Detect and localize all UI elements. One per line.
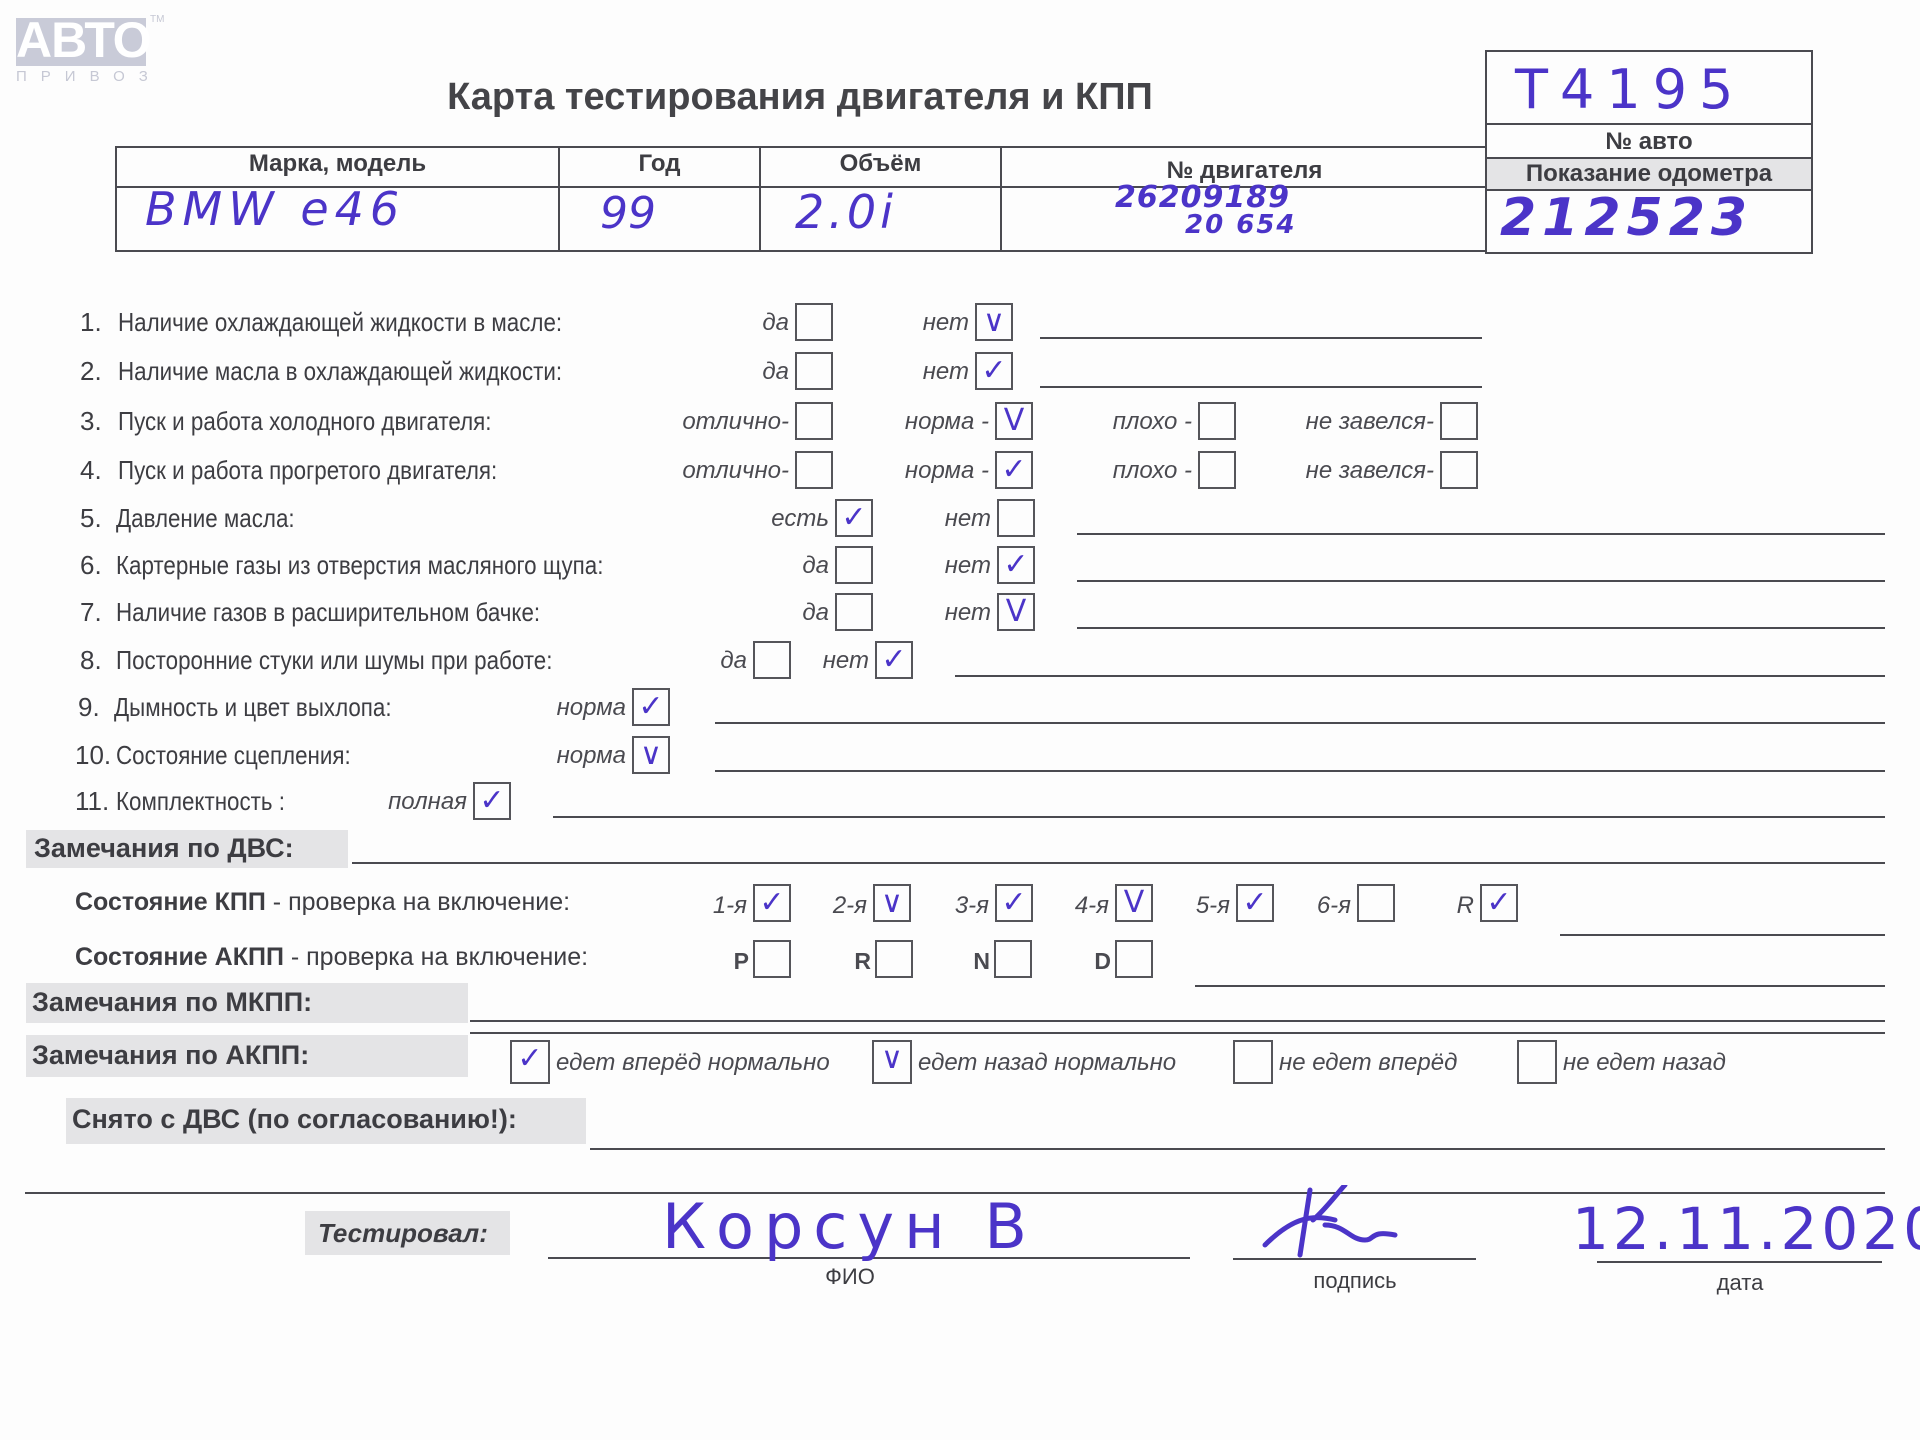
- position-checkbox[interactable]: [875, 940, 913, 978]
- page-title: Карта тестирования двигателя и КПП: [420, 76, 1180, 119]
- gear-label: 2-я: [833, 892, 867, 920]
- auto-gearbox-label: Состояние АКПП - проверка на включение:: [75, 943, 588, 972]
- question-label: Наличие охлаждающей жидкости в масле:: [118, 307, 562, 338]
- checkmark-icon: ∨: [875, 886, 909, 920]
- checkmark-icon: ✓: [634, 690, 668, 724]
- question-number: 9.: [78, 692, 100, 723]
- checkmark-icon: V: [997, 404, 1031, 438]
- tested-by-label: Тестировал:: [318, 1218, 488, 1249]
- odometer-label: Показание одометра: [1487, 160, 1811, 188]
- option-label: да: [802, 552, 829, 580]
- option-checkbox[interactable]: [795, 352, 833, 390]
- option-checkbox[interactable]: [795, 402, 833, 440]
- option-checkbox[interactable]: V: [995, 402, 1033, 440]
- checkmark-icon: ∨: [874, 1042, 910, 1082]
- option-checkbox[interactable]: [1440, 402, 1478, 440]
- odometer-value[interactable]: 212523: [1500, 188, 1753, 248]
- option-checkbox[interactable]: V: [997, 593, 1035, 631]
- engine-remarks-line[interactable]: [352, 862, 1885, 864]
- manual-gearbox-line[interactable]: [1560, 934, 1885, 936]
- option-checkbox[interactable]: ∨: [975, 303, 1013, 341]
- option-label: норма: [557, 742, 626, 770]
- checkmark-icon: ✓: [475, 784, 509, 818]
- name-value[interactable]: Корсун В: [662, 1190, 1037, 1263]
- auto-gearbox-line[interactable]: [1195, 985, 1885, 987]
- car-number-label: № авто: [1487, 128, 1811, 156]
- question-label: Комплектность :: [116, 786, 285, 817]
- volume-value[interactable]: 2.0i: [795, 185, 897, 239]
- checkmark-icon: ✓: [999, 548, 1033, 582]
- checkmark-icon: ✓: [977, 354, 1011, 388]
- gear-label: R: [1457, 892, 1474, 920]
- question-number: 6.: [80, 550, 102, 581]
- gear-checkbox[interactable]: ✓: [995, 884, 1033, 922]
- option-checkbox[interactable]: ✓: [632, 688, 670, 726]
- question-number: 8.: [80, 645, 102, 676]
- checkmark-icon: ✓: [837, 501, 871, 535]
- notes-line[interactable]: [715, 722, 1885, 724]
- position-label: P: [734, 948, 749, 975]
- option-label: не завелся-: [1306, 457, 1434, 485]
- option-checkbox[interactable]: ✓: [875, 641, 913, 679]
- akpp-checkbox[interactable]: [1233, 1040, 1273, 1084]
- checkmark-icon: V: [1117, 886, 1151, 920]
- option-label: плохо -: [1113, 457, 1192, 485]
- akpp-option-label: едет назад нормально: [918, 1049, 1176, 1077]
- column-header-year: Год: [560, 150, 759, 178]
- gear-label: 1-я: [713, 892, 747, 920]
- column-header-make-model: Марка, модель: [117, 150, 558, 178]
- akpp-checkbox[interactable]: ✓: [510, 1040, 550, 1084]
- option-label: нет: [923, 309, 969, 337]
- gear-label: 4-я: [1075, 892, 1109, 920]
- checkmark-icon: ✓: [877, 643, 911, 677]
- option-label: норма -: [905, 457, 989, 485]
- question-label: Посторонние стуки или шумы при работе:: [116, 645, 552, 676]
- option-label: отлично-: [682, 408, 789, 436]
- year-value[interactable]: 99: [600, 188, 656, 239]
- question-number: 5.: [80, 503, 102, 534]
- option-checkbox[interactable]: ✓: [997, 546, 1035, 584]
- option-label: да: [802, 599, 829, 627]
- gear-label: 6-я: [1317, 892, 1351, 920]
- question-label: Наличие газов в расширительном бачке:: [116, 597, 540, 628]
- option-checkbox[interactable]: [1198, 402, 1236, 440]
- position-label: N: [973, 948, 990, 975]
- gear-label: 5-я: [1196, 892, 1230, 920]
- removed-line[interactable]: [590, 1148, 1885, 1150]
- akpp-checkbox[interactable]: [1517, 1040, 1557, 1084]
- checkmark-icon: ✓: [997, 453, 1031, 487]
- option-checkbox[interactable]: [753, 641, 791, 679]
- removed-label: Снято с ДВС (по согласованию!):: [72, 1104, 517, 1135]
- option-label: полная: [388, 788, 467, 816]
- option-checkbox[interactable]: [1440, 451, 1478, 489]
- auto-gearbox-label-rest: - проверка на включение:: [284, 943, 588, 971]
- auto-gearbox-label-bold: Состояние АКПП: [75, 943, 284, 971]
- name-caption: ФИО: [800, 1264, 900, 1290]
- notes-line[interactable]: [1077, 580, 1885, 582]
- position-label: R: [854, 948, 871, 975]
- auto-remarks-label: Замечания по АКПП:: [32, 1040, 309, 1071]
- akpp-option-label: не едет вперёд: [1279, 1049, 1457, 1077]
- question-number: 10.: [75, 740, 111, 771]
- engine-number-line2[interactable]: 20 654: [1185, 210, 1297, 240]
- date-value[interactable]: 12.11.2020: [1572, 1195, 1920, 1263]
- question-label: Пуск и работа холодного двигателя:: [118, 406, 491, 437]
- manual-gearbox-label-rest: - проверка на включение:: [266, 888, 570, 916]
- question-label: Давление масла:: [116, 503, 295, 534]
- option-label: нет: [923, 358, 969, 386]
- date-caption: дата: [1690, 1270, 1790, 1296]
- option-checkbox[interactable]: ✓: [835, 499, 873, 537]
- option-checkbox[interactable]: ∨: [632, 736, 670, 774]
- signature-caption: подпись: [1255, 1268, 1455, 1294]
- checkmark-icon: V: [999, 595, 1033, 629]
- engine-remarks-label: Замечания по ДВС:: [34, 833, 294, 864]
- option-checkbox[interactable]: ✓: [473, 782, 511, 820]
- notes-line[interactable]: [1040, 386, 1482, 388]
- notes-line[interactable]: [553, 816, 1885, 818]
- notes-line[interactable]: [1040, 337, 1482, 339]
- question-number: 3.: [80, 406, 102, 437]
- column-header-volume: Объём: [761, 150, 1000, 178]
- option-checkbox[interactable]: ✓: [995, 451, 1033, 489]
- option-label: нет: [945, 599, 991, 627]
- question-number: 2.: [80, 356, 102, 387]
- notes-line[interactable]: [955, 675, 1885, 677]
- question-number: 7.: [80, 597, 102, 628]
- option-label: нет: [945, 552, 991, 580]
- notes-line[interactable]: [715, 770, 1885, 772]
- logo-trademark: TM: [150, 14, 164, 25]
- notes-line[interactable]: [1077, 627, 1885, 629]
- option-checkbox[interactable]: [795, 303, 833, 341]
- option-checkbox[interactable]: [835, 546, 873, 584]
- gear-checkbox[interactable]: ✓: [1236, 884, 1274, 922]
- checkmark-icon: ∨: [634, 738, 668, 772]
- gear-checkbox[interactable]: [1357, 884, 1395, 922]
- manual-gearbox-label-bold: Состояние КПП: [75, 888, 266, 916]
- logo: АВТО: [16, 14, 146, 66]
- gear-checkbox[interactable]: ✓: [1480, 884, 1518, 922]
- removed-label-text: Снято с ДВС (по согласованию!):: [72, 1104, 517, 1134]
- option-label: норма -: [905, 408, 989, 436]
- checkmark-icon: ✓: [512, 1042, 548, 1082]
- option-label: да: [762, 309, 789, 337]
- option-label: отлично-: [682, 457, 789, 485]
- signature-icon: [1255, 1185, 1415, 1265]
- checkmark-icon: ∨: [977, 305, 1011, 339]
- option-checkbox[interactable]: [795, 451, 833, 489]
- option-label: нет: [945, 505, 991, 533]
- question-label: Картерные газы из отверстия масляного щу…: [116, 550, 603, 581]
- logo-subtitle: ПРИВОЗ: [16, 68, 156, 85]
- option-label: да: [762, 358, 789, 386]
- position-label: D: [1094, 948, 1111, 975]
- manual-remarks-line[interactable]: [470, 1020, 1885, 1022]
- gear-checkbox[interactable]: V: [1115, 884, 1153, 922]
- option-label: плохо -: [1113, 408, 1192, 436]
- position-checkbox[interactable]: [753, 940, 791, 978]
- gear-label: 3-я: [955, 892, 989, 920]
- checkmark-icon: ✓: [1482, 886, 1516, 920]
- option-label: нет: [823, 647, 869, 675]
- manual-gearbox-label: Состояние КПП - проверка на включение:: [75, 888, 570, 917]
- gear-checkbox[interactable]: ∨: [873, 884, 911, 922]
- position-checkbox[interactable]: [994, 940, 1032, 978]
- option-label: есть: [771, 505, 829, 533]
- question-label: Дымность и цвет выхлопа:: [114, 692, 392, 723]
- question-number: 4.: [80, 455, 102, 486]
- akpp-checkbox[interactable]: ∨: [872, 1040, 912, 1084]
- position-checkbox[interactable]: [1115, 940, 1153, 978]
- question-label: Наличие масла в охлаждающей жидкости:: [118, 356, 562, 387]
- option-label: не завелся-: [1306, 408, 1434, 436]
- question-number: 1.: [80, 307, 102, 338]
- option-checkbox[interactable]: [1198, 451, 1236, 489]
- manual-remarks-label: Замечания по МКПП:: [32, 987, 312, 1018]
- gear-checkbox[interactable]: ✓: [753, 884, 791, 922]
- notes-line[interactable]: [1077, 533, 1885, 535]
- option-label: да: [720, 647, 747, 675]
- option-checkbox[interactable]: [997, 499, 1035, 537]
- question-label: Пуск и работа прогретого двигателя:: [118, 455, 497, 486]
- option-checkbox[interactable]: ✓: [975, 352, 1013, 390]
- make-model-value[interactable]: BMW e46: [145, 182, 405, 236]
- question-label: Состояние сцепления:: [116, 740, 351, 771]
- akpp-option-label: едет вперёд нормально: [556, 1049, 830, 1077]
- question-number: 11.: [75, 786, 109, 817]
- option-label: норма: [557, 694, 626, 722]
- option-checkbox[interactable]: [835, 593, 873, 631]
- checkmark-icon: ✓: [1238, 886, 1272, 920]
- car-number-value[interactable]: T4195: [1515, 58, 1745, 121]
- checkmark-icon: ✓: [997, 886, 1031, 920]
- checkmark-icon: ✓: [755, 886, 789, 920]
- akpp-option-label: не едет назад: [1563, 1049, 1726, 1077]
